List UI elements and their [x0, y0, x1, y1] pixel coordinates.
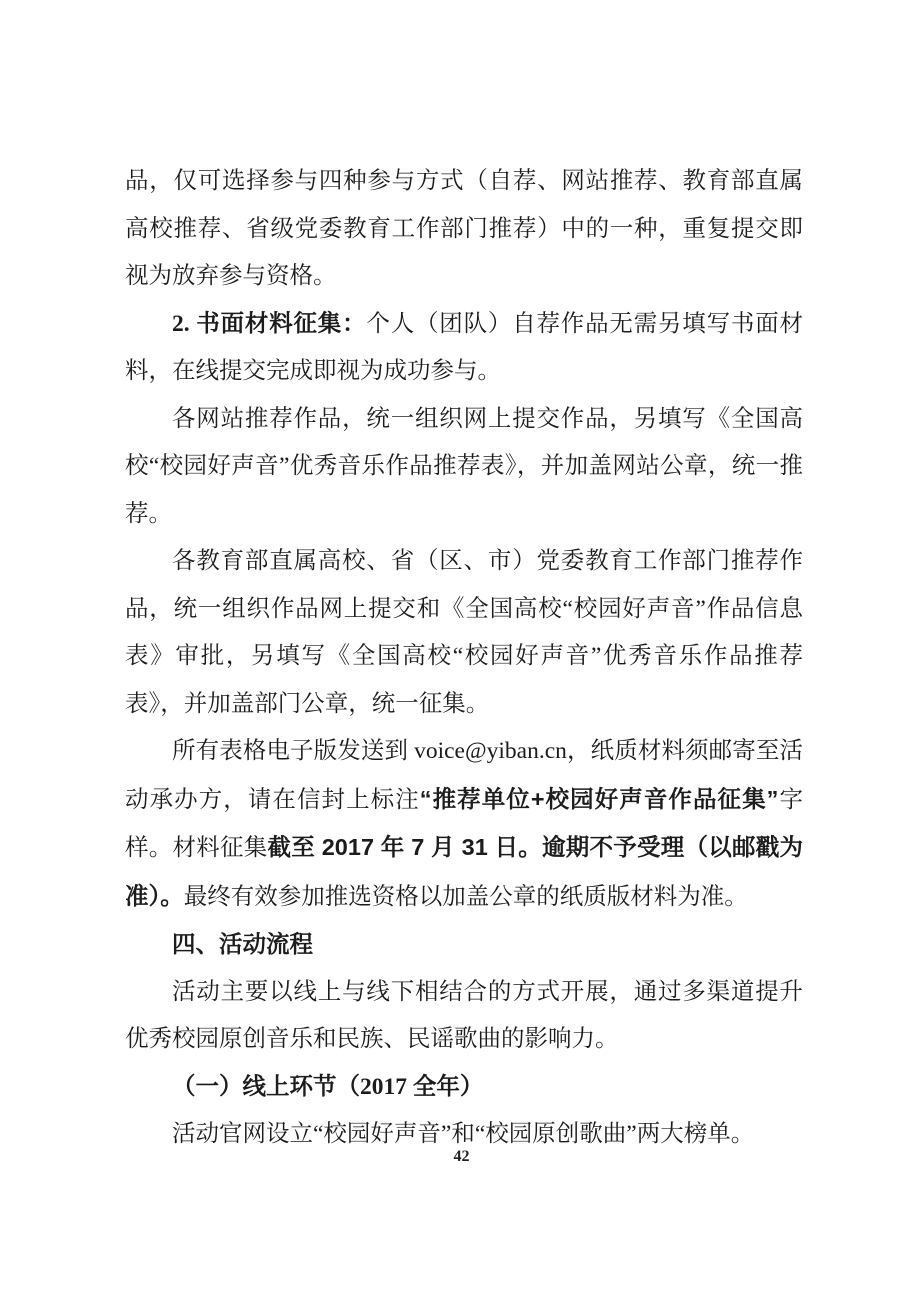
text-run: 最终有效参加推选资格以加盖公章的纸质版材料为准。	[184, 884, 748, 910]
text-run: 各网站推荐作品，统一组织网上提交作品，另填写《全国高校“校园好声音”优秀音乐作品…	[125, 406, 803, 527]
text-run: 活动官网设立“校园好声音”和“校园原创歌曲”两大榜单。	[172, 1121, 754, 1147]
emphasized-text: 四、活动流程	[172, 931, 313, 957]
paragraph: 品，仅可选择参与四种参与方式（自荐、网站推荐、教育部直属高校推荐、省级党委教育工…	[125, 158, 803, 301]
paragraph: 各网站推荐作品，统一组织网上提交作品，另填写《全国高校“校园好声音”优秀音乐作品…	[125, 396, 803, 539]
section-heading: （一）线上环节（2017 全年）	[125, 1064, 803, 1112]
paragraph: 各教育部直属高校、省（区、市）党委教育工作部门推荐作品，统一组织作品网上提交和《…	[125, 538, 803, 728]
document-body: 品，仅可选择参与四种参与方式（自荐、网站推荐、教育部直属高校推荐、省级党委教育工…	[125, 158, 803, 1159]
section-heading: 四、活动流程	[125, 921, 803, 969]
text-run: 品，仅可选择参与四种参与方式（自荐、网站推荐、教育部直属高校推荐、省级党委教育工…	[125, 168, 803, 289]
page-number: 42	[0, 1148, 923, 1166]
paragraph: 所有表格电子版发送到 voice@yiban.cn，纸质材料须邮寄至活动承办方，…	[125, 728, 803, 921]
emphasized-text: 2. 书面材料征集：	[172, 311, 366, 337]
paragraph: 2. 书面材料征集：个人（团队）自荐作品无需另填写书面材料，在线提交完成即视为成…	[125, 301, 803, 396]
text-run: 活动主要以线上与线下相结合的方式开展，通过多渠道提升优秀校园原创音乐和民族、民谣…	[125, 979, 803, 1053]
paragraph: 活动主要以线上与线下相结合的方式开展，通过多渠道提升优秀校园原创音乐和民族、民谣…	[125, 969, 803, 1064]
emphasized-text: （一）线上环节（2017 全年）	[172, 1074, 483, 1100]
document-page: 品，仅可选择参与四种参与方式（自荐、网站推荐、教育部直属高校推荐、省级党委教育工…	[0, 0, 923, 1305]
text-run: 各教育部直属高校、省（区、市）党委教育工作部门推荐作品，统一组织作品网上提交和《…	[125, 548, 803, 717]
emphasized-text: “推荐单位+校园好声音作品征集”	[420, 786, 779, 812]
